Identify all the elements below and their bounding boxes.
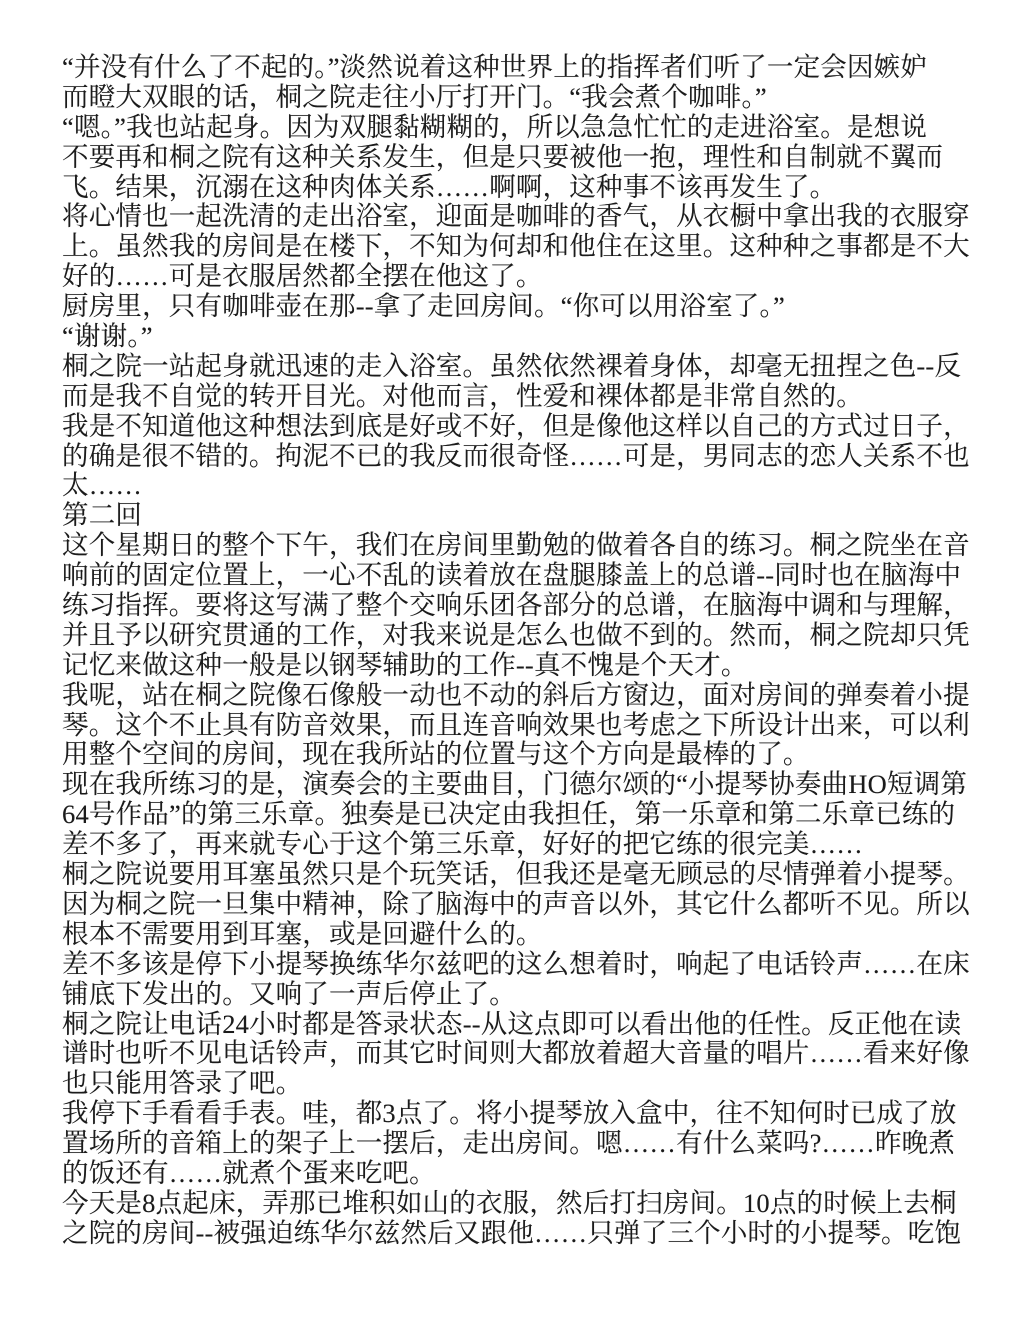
text-line: 谱时也听不见电话铃声，而其它时间则大都放着超大音量的唱片……看来好像 <box>62 1039 963 1069</box>
text-line: 64号作品”的第三乐章。独奏是已决定由我担任，第一乐章和第二乐章已练的 <box>62 800 963 830</box>
text-line: 今天是8点起床，弄那已堆积如山的衣服，然后打扫房间。10点的时候上去桐 <box>62 1189 963 1219</box>
text-line: 好的……可是衣服居然都全摆在他这了。 <box>62 262 963 292</box>
text-line: “并没有什么了不起的。”淡然说着这种世界上的指挥者们听了一定会因嫉妒 <box>62 53 963 83</box>
text-line: 桐之院让电话24小时都是答录状态--从这点即可以看出他的任性。反正他在读 <box>62 1010 963 1040</box>
text-line: 飞。结果，沉溺在这种肉体关系……啊啊，这种事不该再发生了。 <box>62 173 963 203</box>
text-line: 不要再和桐之院有这种关系发生，但是只要被他一抱，理性和自制就不翼而 <box>62 143 963 173</box>
text-line: 置场所的音箱上的架子上一摆后，走出房间。嗯……有什么菜吗?……昨晚煮 <box>62 1129 963 1159</box>
text-line: 太…… <box>62 471 963 501</box>
text-line: 因为桐之院一旦集中精神，除了脑海中的声音以外，其它什么都听不见。所以 <box>62 890 963 920</box>
text-line: 铺底下发出的。又响了一声后停止了。 <box>62 980 963 1010</box>
text-line: 的确是很不错的。拘泥不已的我反而很奇怪……可是，男同志的恋人关系不也 <box>62 442 963 472</box>
text-line: 的饭还有……就煮个蛋来吃吧。 <box>62 1159 963 1189</box>
text-line: 上。虽然我的房间是在楼下，不知为何却和他住在这里。这种种之事都是不大 <box>62 232 963 262</box>
text-line: 根本不需要用到耳塞，或是回避什么的。 <box>62 920 963 950</box>
chapter-heading: 第二回 <box>62 501 963 531</box>
text-line: 我停下手看看手表。哇，都3点了。将小提琴放入盒中，往不知何时已成了放 <box>62 1099 963 1129</box>
text-line: 练习指挥。要将这写满了整个交响乐团各部分的总谱，在脑海中调和与理解， <box>62 591 963 621</box>
text-line: 差不多该是停下小提琴换练华尔兹吧的这么想着时，响起了电话铃声……在床 <box>62 950 963 980</box>
text-line: 响前的固定位置上，一心不乱的读着放在盘腿膝盖上的总谱--同时也在脑海中 <box>62 561 963 591</box>
text-line: 我呢，站在桐之院像石像般一动也不动的斜后方窗边，面对房间的弹奏着小提 <box>62 681 963 711</box>
text-line: 之院的房间--被强迫练华尔兹然后又跟他……只弹了三个小时的小提琴。吃饱 <box>62 1219 963 1249</box>
text-line: 记忆来做这种一般是以钢琴辅助的工作--真不愧是个天才。 <box>62 651 963 681</box>
text-line: 我是不知道他这种想法到底是好或不好，但是像他这样以自己的方式过日子， <box>62 412 963 442</box>
text-line: 桐之院一站起身就迅速的走入浴室。虽然依然裸着身体，却毫无扭捏之色--反 <box>62 352 963 382</box>
text-line: “嗯。”我也站起身。因为双腿黏糊糊的，所以急急忙忙的走进浴室。是想说 <box>62 113 963 143</box>
text-line: 而瞪大双眼的话，桐之院走往小厅打开门。“我会煮个咖啡。” <box>62 83 963 113</box>
scanned-text-page: “并没有什么了不起的。”淡然说着这种世界上的指挥者们听了一定会因嫉妒 而瞪大双眼… <box>62 53 963 1249</box>
text-line: 厨房里，只有咖啡壶在那--拿了走回房间。“你可以用浴室了。” <box>62 292 963 322</box>
text-line: 桐之院说要用耳塞虽然只是个玩笑话，但我还是毫无顾忌的尽情弹着小提琴。 <box>62 860 963 890</box>
text-line: 现在我所练习的是，演奏会的主要曲目，门德尔颂的“小提琴协奏曲HO短调第 <box>62 770 963 800</box>
text-line: 这个星期日的整个下午，我们在房间里勤勉的做着各自的练习。桐之院坐在音 <box>62 531 963 561</box>
text-line: 也只能用答录了吧。 <box>62 1069 963 1099</box>
text-line: “谢谢。” <box>62 322 963 352</box>
text-line: 并且予以研究贯通的工作，对我来说是怎么也做不到的。然而，桐之院却只凭 <box>62 621 963 651</box>
text-line: 用整个空间的房间，现在我所站的位置与这个方向是最棒的了。 <box>62 740 963 770</box>
text-line: 差不多了，再来就专心于这个第三乐章，好好的把它练的很完美…… <box>62 830 963 860</box>
text-line: 而是我不自觉的转开目光。对他而言，性爱和裸体都是非常自然的。 <box>62 382 963 412</box>
text-line: 将心情也一起洗清的走出浴室，迎面是咖啡的香气，从衣橱中拿出我的衣服穿 <box>62 202 963 232</box>
text-line: 琴。这个不止具有防音效果，而且连音响效果也考虑之下所设计出来，可以利 <box>62 711 963 741</box>
